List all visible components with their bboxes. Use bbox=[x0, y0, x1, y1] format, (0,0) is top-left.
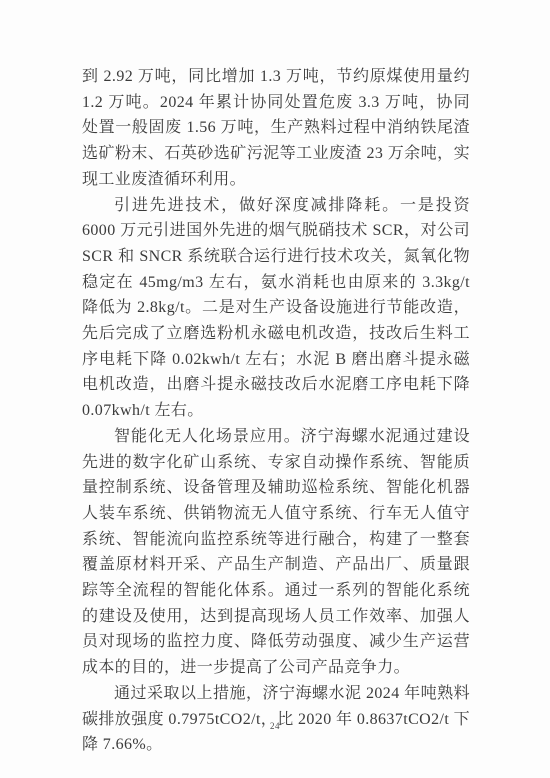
paragraph-continuation: 到 2.92 万吨，同比增加 1.3 万吨，节约原煤使用量约 1.2 万吨。20… bbox=[82, 64, 470, 193]
page-number: 24 bbox=[270, 721, 280, 731]
page-body-text: 到 2.92 万吨，同比增加 1.3 万吨，节约原煤使用量约 1.2 万吨。20… bbox=[82, 64, 470, 758]
paragraph-smart-unmanned-scenarios: 智能化无人化场景应用。济宁海螺水泥通过建设先进的数字化矿山系统、专家自动操作系统… bbox=[82, 424, 470, 681]
document-page: 到 2.92 万吨，同比增加 1.3 万吨，节约原煤使用量约 1.2 万吨。20… bbox=[0, 0, 550, 778]
paragraph-advanced-technology: 引进先进技术，做好深度减排降耗。一是投资 6000 万元引进国外先进的烟气脱硝技… bbox=[82, 193, 470, 424]
page-footer: 24 bbox=[0, 716, 550, 734]
